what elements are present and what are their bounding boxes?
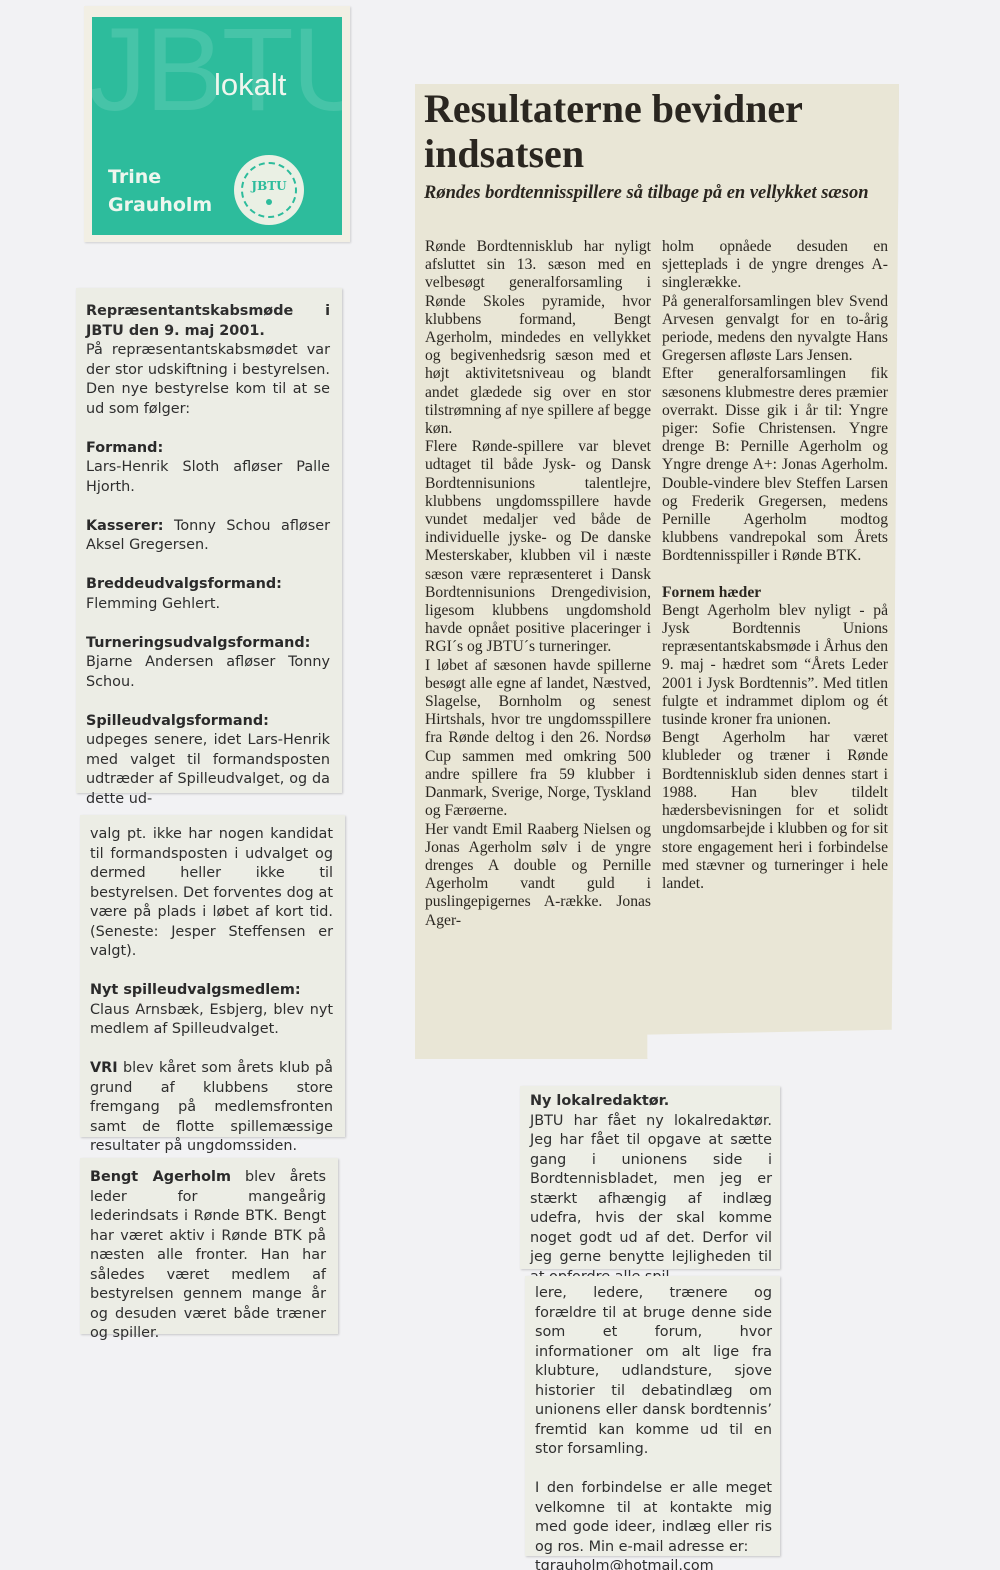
role-title: Breddeudvalgsformand: [86,576,282,592]
new-member-title: Nyt spilleudvalgsmedlem: [90,982,301,998]
editor-contact-text: I den forbindelse er alle meget velkomne… [535,1480,772,1555]
role-kasserer: Kasserer: Tonny Schou afløser Aksel Greg… [86,517,330,556]
article-column-2: holm opnåede desuden en sjetteplads i de… [662,238,888,893]
new-member: Nyt spilleudvalgsmedlem: Claus Arnsbæk, … [90,981,333,1040]
main-article-clipping: Resultaterne bevidner indsatsen Røndes b… [415,84,899,1059]
article-subhead: Fornem hæder [662,584,888,602]
article-paragraph: Her vandt Emil Raaberg Nielsen og Jonas … [425,821,651,930]
editor-notice-clipping: Ny lokalredaktør. JBTU har fået ny lokal… [520,1086,780,1269]
editor-heading: Ny lokalredaktør. [530,1093,669,1109]
role-formand: Formand: Lars-Henrik Sloth afløser Palle… [86,439,330,498]
jbtu-lokalt-header: JBTU lokalt Trine Grauholm JBTU [84,6,350,242]
article-paragraph: Bengt Agerholm har været klubleder og tr… [662,729,888,893]
role-text: udpeges senere, idet Lars-Henrik med val… [86,732,330,807]
author-first-name: Trine [108,163,212,191]
email-link[interactable]: tgrauholm@hotmail.com [535,1558,714,1570]
article-column-1: Rønde Bordtennisklub har nyligt afslutte… [425,238,651,930]
article-paragraph: holm opnåede desuden en sjetteplads i de… [662,238,888,293]
role-title: Kasserer: [86,518,163,534]
new-member-text: Claus Arnsbæk, Esbjerg, blev nyt medlem … [90,1002,333,1038]
article-paragraph: Rønde Bordtennisklub har nyligt afslutte… [425,238,651,438]
club-of-year: VRI blev kåret som årets klub på grund a… [90,1059,333,1157]
header-badge: JBTU lokalt Trine Grauholm JBTU [92,17,342,235]
author-name: Trine Grauholm [108,163,212,219]
editor-text: lere, ledere, trænere og forældre til at… [535,1284,772,1460]
meeting-heading: Repræsentantskabsmøde i JBTU den 9. maj … [86,303,330,339]
article-headline: Resultaterne bevidner indsatsen [424,86,894,176]
continuation-text: valg pt. ikke har nogen kandidat til for… [90,825,333,962]
article-paragraph: Efter generalforsamlingen fik sæsonens k… [662,365,888,565]
role-title: Spilleudvalgsformand: [86,713,269,729]
seal-dot [266,199,272,205]
role-text: Bjarne Andersen afløser Tonny Schou. [86,654,330,690]
role-text: Lars-Henrik Sloth afløser Palle Hjorth. [86,459,330,495]
article-paragraph: Bengt Agerholm blev nyligt - på Jysk Bor… [662,602,888,729]
role-breddeudvalgsformand: Breddeudvalgsformand: Flemming Gehlert. [86,575,330,614]
leader-text: blev årets leder for mangeårig lederinds… [90,1169,326,1341]
section-label: lokalt [214,67,286,103]
meeting-notice-continuation: valg pt. ikke har nogen kandidat til for… [80,815,345,1137]
meeting-intro: På repræsentantskabsmødet var der stor u… [86,342,330,417]
editor-notice-continuation: lere, ledere, trænere og forældre til at… [525,1276,780,1556]
role-spilleudvalgsformand: Spilleudvalgsformand: udpeges senere, id… [86,712,330,810]
club-text: blev kåret som årets klub på grund af kl… [90,1060,333,1154]
club-name: VRI [90,1060,118,1076]
leader-notice-clipping: Bengt Agerholm blev årets leder for mang… [80,1158,338,1334]
role-text: Flemming Gehlert. [86,596,220,612]
article-paragraph: I løbet af sæsonen havde spillerne besøg… [425,657,651,821]
seal-text: JBTU [234,179,304,193]
role-turneringsudvalgsformand: Turneringsudvalgsformand: Bjarne Anderse… [86,634,330,693]
leader-name: Bengt Agerholm [90,1169,231,1185]
meeting-notice-clipping: Repræsentantskabsmøde i JBTU den 9. maj … [76,288,342,793]
article-paragraph: Flere Rønde-spillere var blevet udtaget … [425,438,651,656]
role-title: Turneringsudvalgsformand: [86,635,310,651]
editor-text: JBTU har fået ny lokalredaktør. Jeg har … [530,1113,772,1285]
article-subheadline: Røndes bordtennisspillere så tilbage på … [424,182,884,204]
article-paragraph: På generalforsamlingen blev Svend Arvese… [662,293,888,366]
author-last-name: Grauholm [108,191,212,219]
jbtu-seal-icon: JBTU [234,155,304,225]
role-title: Formand: [86,440,163,456]
